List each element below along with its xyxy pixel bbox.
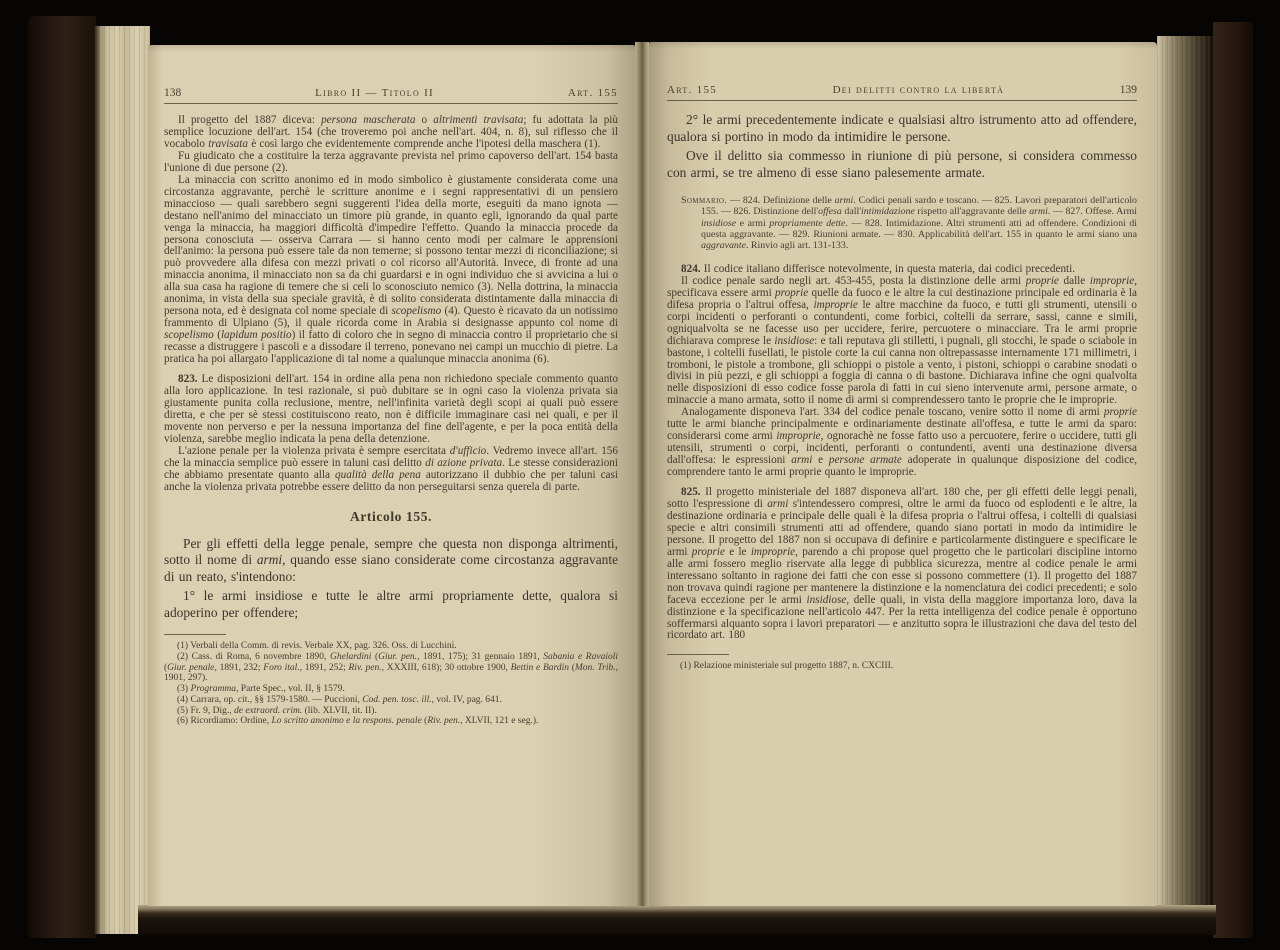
page-edge-stack-bottom — [138, 905, 1216, 935]
paragraph-section-825: 825. Il progetto ministeriale del 1887 d… — [667, 487, 1137, 642]
right-header-article: Art. 155 — [667, 84, 717, 96]
statute-paragraph: Ove il delitto sia commesso in riunione … — [667, 148, 1137, 182]
statute-paragraph: 1° le armi insidiose e tutte le altre ar… — [164, 588, 618, 622]
page-edge-stack-right — [1157, 36, 1213, 926]
footnote-6: (6) Ricordiamo: Ordine, Lo scritto anoni… — [164, 716, 618, 727]
right-page-number: 139 — [1120, 84, 1137, 96]
footnote-2: (2) Cass. di Roma, 6 novembre 1890, Ghel… — [164, 652, 618, 684]
paragraph: L'azione penale per la violenza privata … — [164, 446, 618, 494]
footnote-3: (3) Programma, Parte Spec., vol. II, § 1… — [164, 684, 618, 695]
book-gutter — [635, 42, 649, 906]
sommario-text: — 824. Definizione delle armi. Codici pe… — [701, 195, 1137, 252]
sommario-label: Sommario. — [681, 195, 727, 206]
statute-paragraph: 2° le armi precedentemente indicate e qu… — [667, 112, 1137, 146]
paragraph: Analogamente disponeva l'art. 334 del co… — [667, 407, 1137, 479]
paragraph: La minaccia con scritto anonimo ed in mo… — [164, 175, 618, 366]
footnote-1: (1) Verbali della Comm. di revis. Verbal… — [164, 641, 618, 652]
right-page: Art. 155 Dei delitti contro la libertà 1… — [649, 42, 1157, 906]
footnote-rule — [164, 634, 226, 635]
header-rule — [164, 103, 618, 104]
article-155-heading: Articolo 155. — [164, 509, 618, 525]
paragraph: Il progetto del 1887 diceva: persona mas… — [164, 115, 618, 151]
footnote-4: (4) Carrara, op. cit., §§ 1579-1580. — P… — [164, 695, 618, 706]
right-running-title: Dei delitti contro la libertà — [833, 84, 1005, 96]
footnote-5: (5) Fr. 9, Dig., de extraord. crim. (lib… — [164, 706, 618, 717]
left-header-article: Art. 155 — [568, 87, 618, 99]
left-page-header: 138 Libro II — Titolo II Art. 155 — [164, 87, 618, 99]
page-edge-stack-left — [94, 26, 150, 934]
book-cover-right-edge — [1213, 22, 1253, 938]
paragraph: Fu giudicato che a costituire la terza a… — [164, 151, 618, 175]
footnote-1: (1) Relazione ministeriale sul progetto … — [667, 661, 1137, 672]
paragraph: Il codice penale sardo negli art. 453-45… — [667, 276, 1137, 407]
left-page: 138 Libro II — Titolo II Art. 155 Il pro… — [148, 45, 635, 906]
header-rule — [667, 100, 1137, 101]
left-page-number: 138 — [164, 87, 181, 99]
left-running-title: Libro II — Titolo II — [315, 87, 434, 99]
book-spread: 138 Libro II — Titolo II Art. 155 Il pro… — [148, 42, 1157, 906]
footnote-rule — [667, 654, 729, 655]
book-cover-left-edge — [28, 16, 96, 938]
scanned-book-photo: { "colors":{ "background_black":"#070503… — [0, 0, 1280, 950]
paragraph-section-823: 823. Le disposizioni dell'art. 154 in or… — [164, 374, 618, 446]
right-page-header: Art. 155 Dei delitti contro la libertà 1… — [667, 84, 1137, 96]
sommario: Sommario. — 824. Definizione delle armi.… — [667, 195, 1137, 252]
statute-paragraph: Per gli effetti della legge penale, semp… — [164, 536, 618, 587]
